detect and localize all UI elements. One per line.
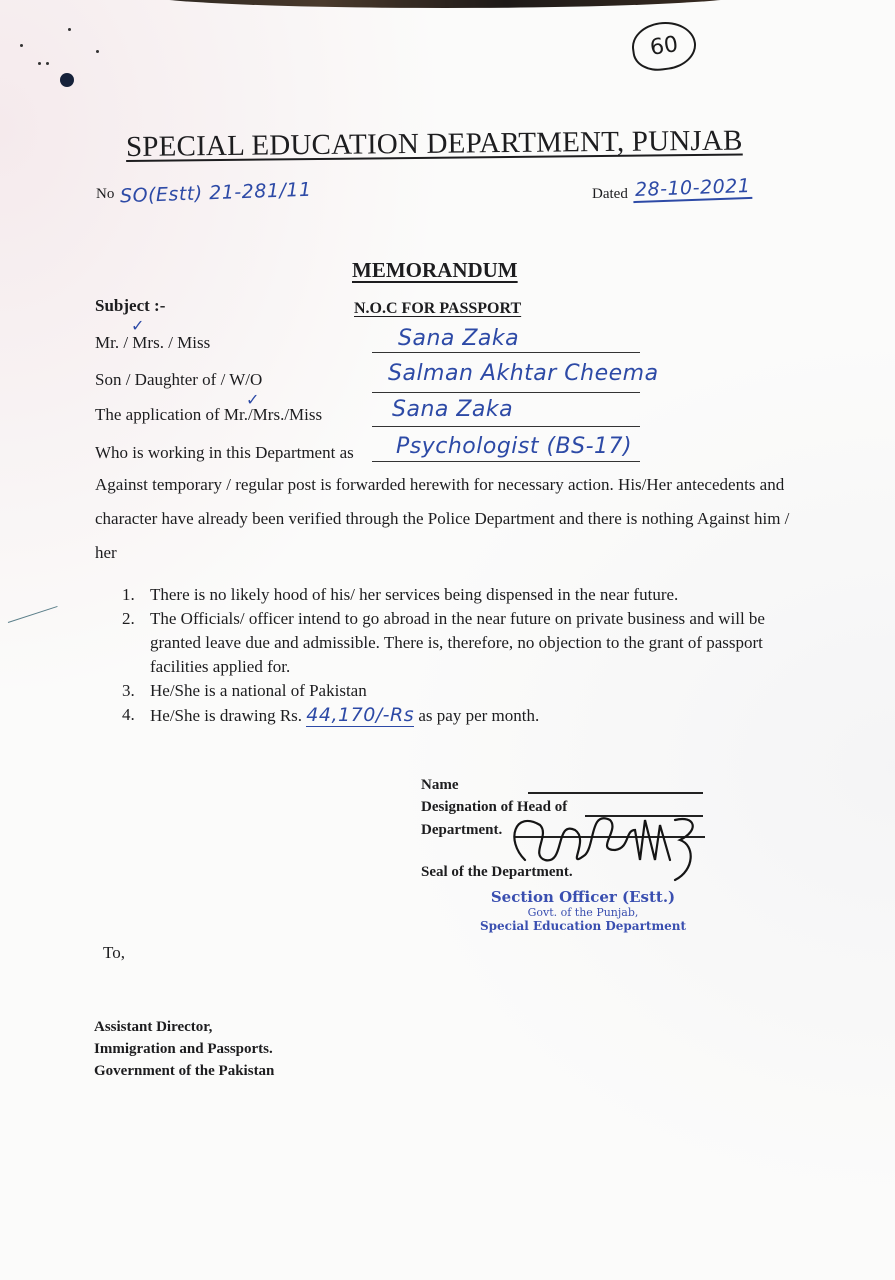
- name-label: Name: [421, 777, 459, 794]
- department-title: SPECIAL EDUCATION DEPARTMENT, PUNJAB: [126, 125, 743, 164]
- signature-icon: [495, 800, 715, 890]
- speck: [20, 44, 23, 47]
- stamp-line-2: Govt. of the Punjab,: [478, 906, 688, 919]
- field-designation-label: Who is working in this Department as: [95, 443, 354, 463]
- addressee-line: Assistant Director,: [94, 1016, 274, 1038]
- field-underline: [372, 426, 640, 427]
- field-underline: [372, 461, 640, 462]
- reference-label: No: [96, 186, 114, 203]
- punch-hole-mark: [60, 73, 74, 87]
- department-label: Department.: [421, 822, 502, 839]
- memo-heading: MEMORANDUM: [352, 258, 518, 283]
- checkmark-icon: ✓: [131, 316, 144, 335]
- list-item: 1. There is no likely hood of his/ her s…: [122, 583, 802, 607]
- field-title-label: Mr. / Mrs. / Miss: [95, 333, 210, 353]
- subject-value: N.O.C FOR PASSPORT: [354, 300, 521, 318]
- speck: [96, 50, 99, 53]
- list-item: 3. He/She is a national of Pakistan: [122, 679, 802, 703]
- field-underline: [372, 352, 640, 353]
- checkmark-icon: ✓: [246, 390, 259, 409]
- addressee-line: Government of the Pakistan: [94, 1060, 274, 1082]
- field-relation-value: Salman Akhtar Cheema: [388, 361, 659, 386]
- speck: [38, 62, 41, 65]
- field-underline: [372, 392, 640, 393]
- field-relation-label: Son / Daughter of / W/O: [95, 370, 262, 390]
- addressee-line: Immigration and Passports.: [94, 1038, 274, 1060]
- field-title-value: Sana Zaka: [398, 326, 519, 351]
- stamp-line-1: Section Officer (Estt.): [478, 888, 688, 906]
- official-stamp: Section Officer (Estt.) Govt. of the Pun…: [478, 888, 688, 933]
- field-designation-value: Psychologist (BS-17): [396, 434, 632, 459]
- conditions-list: 1. There is no likely hood of his/ her s…: [122, 583, 802, 728]
- body-paragraph: Against temporary / regular post is forw…: [95, 468, 810, 570]
- speck: [68, 28, 71, 31]
- name-line: [528, 792, 703, 794]
- subject-label: Subject :-: [95, 296, 165, 316]
- addressee-block: Assistant Director, Immigration and Pass…: [94, 1016, 274, 1082]
- page-number: 60: [648, 32, 679, 61]
- list-item: 2. The Officials/ officer intend to go a…: [122, 607, 802, 679]
- list-item: 4. He/She is drawing Rs. 44,170/-Rs as p…: [122, 703, 802, 728]
- stamp-line-3: Special Education Department: [478, 919, 688, 933]
- dated-label: Dated: [592, 186, 628, 203]
- field-applicant-label: The application of Mr./Mrs./Miss: [95, 405, 322, 425]
- dated-value: 28-10-2021: [633, 175, 753, 203]
- field-applicant-value: Sana Zaka: [392, 397, 513, 422]
- speck: [46, 62, 49, 65]
- salary-amount: 44,170/-Rs: [306, 704, 414, 727]
- to-label: To,: [103, 943, 125, 963]
